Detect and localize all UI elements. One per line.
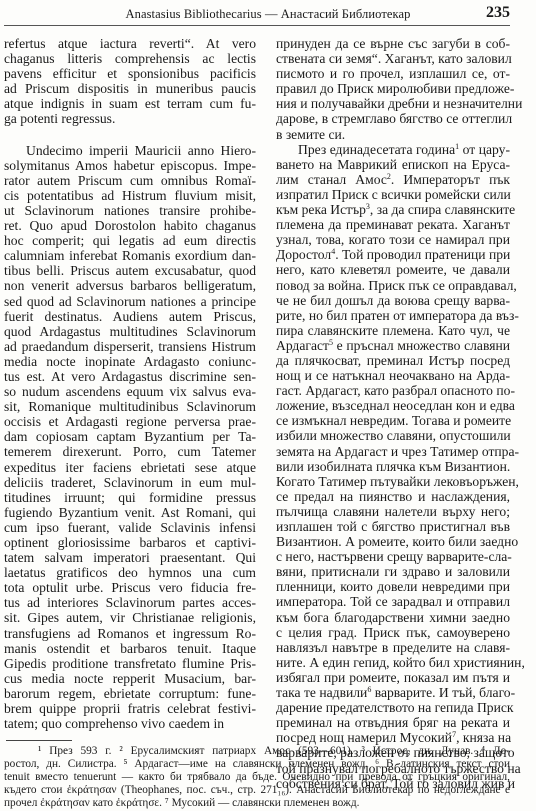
text-line: titudines irruunt; qui formidine pressus [4,490,256,505]
text-line: вили изобилната плячка към Византион. [276,459,510,474]
text-run: дарение предателството на гепида Приск [276,700,513,715]
footnote-line: tenuit вместо tenuerunt — както би трябв… [4,771,510,784]
text-run: преминал на отвъдния бряг на реката и [276,715,510,730]
text-line: sit. Gipes autem, vir Christianae religi… [4,610,256,625]
text-run: . Той проводил пратеници при [335,247,510,262]
text-run: , за да спира славянските [370,202,515,217]
text-line: принуден да се върне със загуби в соб- [276,36,510,51]
text-run: гаст. Ардагаст, като разбрал опасното по… [276,383,515,398]
text-run: вяни, притиснали ги здраво и заловили [276,564,510,579]
text-line: tus ad interiores Sclavinorum partes acc… [4,595,256,610]
text-line: пълчища славяни налетели върху него; [276,504,510,519]
latin-paragraph-2: Undecimo imperii Mauricii anno Hiero-sol… [4,143,256,732]
text-line: dam copiosam captam Byzantium per Ta- [4,429,256,444]
text-line: expeditus iter faciens ebrietati sese at… [4,460,256,475]
text-run: нощ и се натъкнал неочаквано на Арда- [276,368,510,383]
text-line: ния и получавайки дребни и незначителни [276,96,510,111]
text-line: tatem salvam imperatori praesentant. Qui [4,550,256,565]
text-line: fugiendo Byzantium venit. Ast Romani, qu… [4,505,256,520]
text-run: него, като клеветял ромеите, че давали [276,262,510,277]
text-run: се измъкнал невредим. Тогава и ромеите [276,413,511,428]
running-header: Anastasius Bibliothecarius — Анастасий Б… [0,0,536,26]
text-line: пленници, които довели невредими при [276,579,510,594]
paragraph-gap [4,127,256,143]
text-line: узнал, това, когато този се намирал при [276,232,510,247]
text-line: избягал при ромеите, показал им пътя и [276,670,510,685]
footnote-line: където стои ἐκράτησαν (Theophanes, пос. … [4,784,510,797]
text-run: към бога благодарствени химни заедно [276,610,510,625]
text-run: че не бил дошъл да воюва срещу варва- [276,293,510,308]
text-run: ването на Маврикий епископ на Еруса- [276,157,510,172]
text-line: transfugiens ad Romanos et ingressum Ro- [4,626,256,641]
text-run: изпратил Приск с всички ромейски сили [276,187,511,202]
text-line: земята на Ардагаст и чрез Татимер отпра- [276,444,510,459]
text-line: повод за война. Приск пък се оправдавал, [276,278,510,293]
text-line: solymitanus Amos habetur episcopus. Impe… [4,158,256,173]
text-line: Undecimo imperii Mauricii anno Hiero- [4,143,256,158]
text-line: hoc comperit; qui legatis ad eum directi… [4,233,256,248]
footnote-line: ¹ През 593 г. ² Ерусалимският патриарх А… [4,745,510,758]
text-run: През единадесетата година [298,142,455,157]
text-line: ga potenti regressus. [4,111,256,126]
text-run: с него, настървени срещу варварите-сла- [276,549,512,564]
text-run: избягал при ромеите, показал им пътя и [276,670,510,685]
bulgarian-paragraph-1: принуден да се върне със загуби в соб-ст… [276,36,510,142]
text-line: Gipedis proditione transfretato flumine … [4,656,256,671]
text-run: Византион. А ромеите, които били заедно [276,534,518,549]
text-run: посред нощ намерил Мусокий [276,730,452,745]
text-line: ствената си земя“. Хаганът, като заловил [276,51,510,66]
header-rule [4,25,510,26]
text-line: optinent gloriosissime barbaros et capti… [4,535,256,550]
text-run: повод за война. Приск пък се оправдавал, [276,278,517,293]
text-line: рите, но бил пратен от императора да въз… [276,308,510,323]
text-line: ut Sclavinorum nationes transire prohibe… [4,203,256,218]
text-line: ните. А един гепид, който бил християнин… [276,655,510,670]
text-line: tota optulit urbe. Priscus vero fiducia … [4,580,256,595]
text-line: писмото и го прочел, изплашил се, от- [276,66,510,81]
text-run: Когато Татимер пътувайки лековъоръжен, [276,474,519,489]
text-run: племена да преминават реката. Хаганът [276,217,510,232]
text-line: calumniam inferebat Romanis exordium dan… [4,248,256,263]
text-line: Доростол4. Той проводил пратеници при [276,247,510,262]
text-line: cum ipso fuerant, valide Sclavinis infen… [4,520,256,535]
text-line: tatem; quo comprehenso vivo caedem in [4,716,256,731]
text-run: да плячкосват, преминал Истър посред [276,353,510,368]
text-line: tibus belli. Priscus autem excusabatur, … [4,263,256,278]
footnotes: ¹ През 593 г. ² Ерусалимският патриарх А… [4,745,510,810]
bulgarian-translation-column: принуден да се върне със загуби в соб-ст… [276,36,510,791]
text-line: пира славянските племена. Като чул, че [276,323,510,338]
text-line: посред нощ намерил Мусокий7, княза на [276,730,510,745]
text-line: изплашен той с бягство пристигнал във [276,519,510,534]
text-line: cis potentatibus ad Histrum fluvium misi… [4,188,256,203]
text-line: brem quippe proprii fratris celebrat fes… [4,701,256,716]
text-line: chaganus litteris comprehensis ac lectis [4,51,256,66]
text-line: media nocte inopinate Ardagasto coniunc- [4,354,256,369]
text-line: гаст. Ардагаст, като разбрал опасното по… [276,383,510,398]
text-line: изпратил Приск с всички ромейски сили [276,187,510,202]
text-run: вили изобилната плячка към Византион. [276,459,510,474]
latin-text-column: refertus atque iactura reverti“. At vero… [4,36,256,731]
text-run: императора. Той се зарадвал и отправил [276,594,510,609]
text-line: да плячкосват, преминал Истър посред [276,353,510,368]
text-line: so nudum ascendens equum vix salvus eva- [4,384,256,399]
text-run: пленници, които довели невредими при [276,579,510,594]
text-line: че не бил дошъл да воюва срещу варва- [276,293,510,308]
text-line: вяни, притиснали ги здраво и заловили [276,564,510,579]
text-line: occisis et Ardagasti regione perversa pr… [4,414,256,429]
text-line: sit, Romanique multitudinibus Sclavinoru… [4,399,256,414]
text-line: нощ и се натъкнал неочаквано на Арда- [276,368,510,383]
text-line: към бога благодарствени химни заедно [276,610,510,625]
text-line: дарове, в стремглаво бягство се оттеглил [276,111,510,126]
footnote-rule [6,740,72,741]
text-run: изплашен той с бягство пристигнал във [276,519,510,534]
footnote-line: прочел ἐκράτησαν като ἐκράτησε. ⁷ Мусоки… [4,797,510,810]
text-run: Ардагаст [276,338,329,353]
text-line: преминал на отвъдния бряг на реката и [276,715,510,730]
text-line: fuerit destinatus. Audiens autem Priscus… [4,309,256,324]
text-line: ложение, възседнал неоседлан кон и едва [276,398,510,413]
text-run: ните. А един гепид, който бил християнин… [276,655,525,670]
text-line: atque indignis in suam est terram cum fu… [4,96,256,111]
text-line: в земите си. [276,127,510,142]
text-run: узнал, това, когато този се намирал при [276,232,510,247]
text-line: дарение предателството на гепида Приск [276,700,510,715]
text-line: с целия град. Приск пък, самоуверено [276,625,510,640]
text-line: Когато Татимер пътувайки лековъоръжен, [276,474,510,489]
text-line: така те надвили6 варварите. И тъй, благо… [276,685,510,700]
text-run: се предал на пиянство и наслаждения, [276,489,510,504]
text-line: племена да преминават реката. Хаганът [276,217,510,232]
text-line: навлязъл навътре в пределите на славя- [276,640,510,655]
text-line: избили множество славяни, опустошили [276,428,510,443]
text-line: refertus atque iactura reverti“. At vero [4,36,256,51]
text-line: non venerit adversus barbaros belligerat… [4,278,256,293]
text-line: ването на Маврикий епископ на Еруса- [276,157,510,172]
text-line: към река Истър3, за да спира славянските [276,202,510,217]
text-line: ad Priscum dispositis in muneribus pauci… [4,81,256,96]
text-line: temerem direxerunt. Porro, cum Tatemer [4,444,256,459]
text-line: quod Ardagastus multitudines Sclavinorum [4,324,256,339]
text-line: pavens efficitur et sponsionibus pacific… [4,66,256,81]
text-line: Византион. А ромеите, които били заедно [276,534,510,549]
text-line: sed quod ad Sclavinorum nationes a princ… [4,294,256,309]
latin-paragraph-1: refertus atque iactura reverti“. At vero… [4,36,256,127]
text-run: от цару- [459,142,510,157]
text-run: пълчища славяни налетели върху него; [276,504,510,519]
text-run: Доростол [276,247,331,262]
text-run: варварите. И тъй, благо- [371,685,515,700]
text-line: Ардагаст5 е пръснал множество славяни [276,338,510,353]
text-run: рите, но бил пратен от императора да въз… [276,308,519,323]
page-number: 235 [486,4,510,22]
text-run: към река Истър [276,202,366,217]
text-line: него, като клеветял ромеите, че давали [276,262,510,277]
text-line: правил до Приск миролюбиви предложе- [276,81,510,96]
text-line: с него, настървени срещу варварите-сла- [276,549,510,564]
text-run: . Императорът пък [391,172,510,187]
text-line: се предал на пиянство и наслаждения, [276,489,510,504]
header-title: Anastasius Bibliothecarius — Анастасий Б… [0,7,536,22]
text-run: ложение, възседнал неоседлан кон и едва [276,398,515,413]
text-line: императора. Той се зарадвал и отправил [276,594,510,609]
text-run: навлязъл навътре в пределите на славя- [276,640,510,655]
text-run: така те надвили [276,685,367,700]
text-run: лим станал Амос [276,172,387,187]
text-line: rator autem Priscum cum omnibus Romaï- [4,173,256,188]
text-line: се измъкнал невредим. Тогава и ромеите [276,413,510,428]
text-line: tus est. At vero Ardagastus discrimine s… [4,369,256,384]
text-line: ret. Quo apud Dorostolon habito chaganus [4,218,256,233]
text-line: laetatus gratificos deo hymnos una cum [4,565,256,580]
text-run: е пръснал множество славяни [333,338,510,353]
footnote-line: ростол, дн. Силистра. ⁵ Ардагаст—име на … [4,758,510,771]
text-line: ad praedandum disperserit, transiens His… [4,339,256,354]
text-line: manis ostendit et barbaros tenuit. Itaqu… [4,641,256,656]
text-run: пира славянските племена. Като чул, че [276,323,510,338]
text-run: с целия град. Приск пък, самоуверено [276,625,510,640]
text-line: barorum regem, ebrietate corruptum: fune… [4,686,256,701]
text-run: , княза на [456,730,511,745]
text-line: През единадесетата година1 от цару- [276,142,510,157]
text-run: земята на Ардагаст и чрез Татимер отпра- [276,444,519,459]
bulgarian-paragraph-2: През единадесетата година1 от цару-ванет… [276,142,510,791]
text-line: лим станал Амос2. Императорът пък [276,172,510,187]
text-run: избили множество славяни, опустошили [276,428,511,443]
text-line: deliciis traderet, Sclavinorum in eum mu… [4,475,256,490]
text-line: cus media nocte repperit Musacium, bar- [4,671,256,686]
